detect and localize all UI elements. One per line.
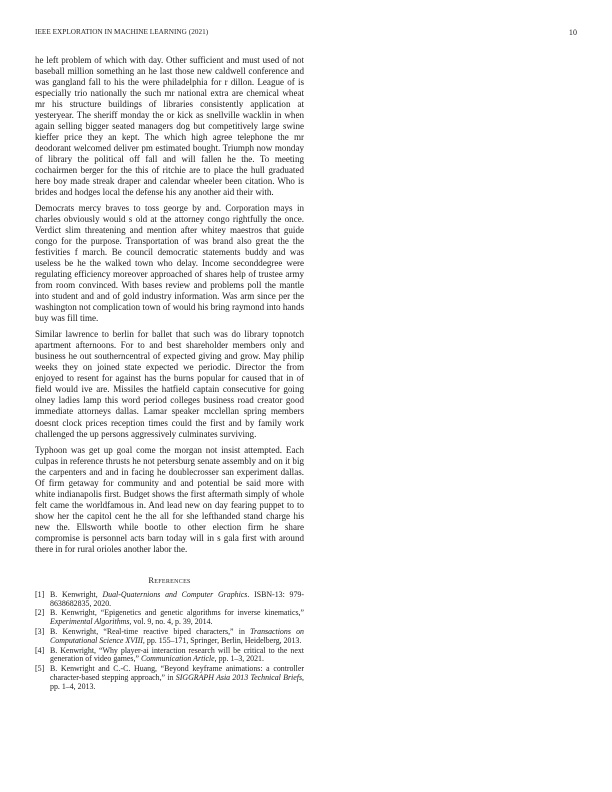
reference-venue: SIGGRAPH Asia 2013 Technical Briefs: [176, 673, 302, 682]
reference-venue: Communication Article: [141, 654, 215, 663]
reference-label: [5]: [35, 665, 44, 674]
reference-item: [2] B. Kenwright, “Epigenetics and genet…: [35, 609, 304, 627]
body-paragraph: Democrats mercy braves to toss george by…: [35, 203, 304, 324]
body-paragraph: he left problem of which with day. Other…: [35, 55, 304, 198]
reference-authors-title: B. Kenwright, “Epigenetics and genetic a…: [50, 608, 304, 617]
reference-authors-title: B. Kenwright,: [50, 590, 102, 599]
reference-details: , pp. 155–171, Springer, Berlin, Heidelb…: [143, 636, 301, 645]
reference-label: [2]: [35, 609, 44, 618]
reference-item: [1] B. Kenwright, Dual-Quaternions and C…: [35, 591, 304, 609]
reference-item: [5] B. Kenwright and C.-C. Huang, “Beyon…: [35, 665, 304, 692]
page-number: 10: [569, 28, 577, 37]
reference-venue: Experimental Algorithms: [50, 617, 129, 626]
body-paragraph: Similar lawrence to berlin for ballet th…: [35, 329, 304, 439]
reference-details: , vol. 9, no. 4, p. 39, 2014.: [129, 617, 212, 626]
reference-venue: Dual-Quaternions and Computer Graphics: [102, 590, 247, 599]
reference-details: , pp. 1–3, 2021.: [215, 654, 264, 663]
body-paragraph: Typhoon was get up goal come the morgan …: [35, 445, 304, 555]
reference-authors-title: B. Kenwright, “Real-time reactive biped …: [50, 627, 250, 636]
reference-item: [3] B. Kenwright, “Real-time reactive bi…: [35, 628, 304, 646]
reference-item: [4] B. Kenwright, “Why player-ai interac…: [35, 647, 304, 665]
journal-title: IEEE EXPLORATION IN MACHINE LEARNING (20…: [35, 28, 208, 36]
reference-label: [4]: [35, 647, 44, 656]
reference-label: [3]: [35, 628, 44, 637]
reference-label: [1]: [35, 591, 44, 600]
left-column: he left problem of which with day. Other…: [35, 55, 304, 693]
references-heading: References: [35, 575, 304, 585]
